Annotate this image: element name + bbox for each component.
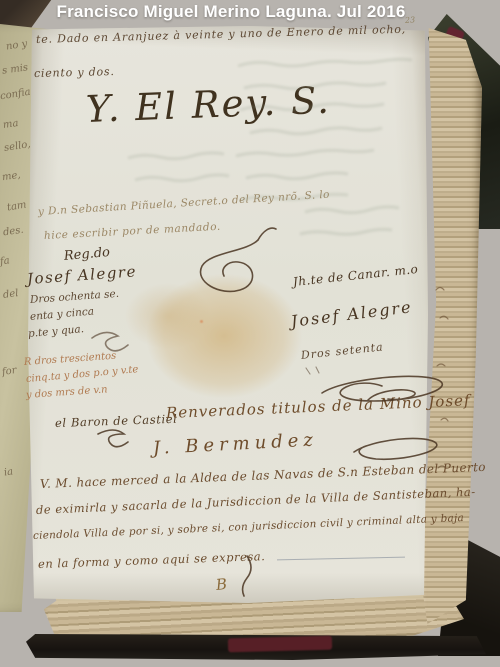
book-fore-edge	[420, 28, 482, 624]
left-page-fragment: ma	[2, 118, 19, 131]
date-line: ciento y dos.	[34, 65, 115, 80]
left-page-fragment: fa	[0, 255, 10, 267]
left-page-fragment: ia	[3, 466, 14, 478]
manuscript-photo: no y s mis confia ma sello, me, tam des.…	[0, 0, 500, 667]
wax-stain-speckles	[200, 320, 203, 323]
left-page-fragment: for	[1, 365, 17, 378]
book-cover-bottom-red-accent	[228, 636, 332, 653]
bottom-scribe-mark: B	[215, 575, 228, 594]
left-page-fragment: del	[2, 288, 19, 301]
photo-caption: Francisco Miguel Merino Laguna. Jul 2016	[0, 2, 462, 22]
